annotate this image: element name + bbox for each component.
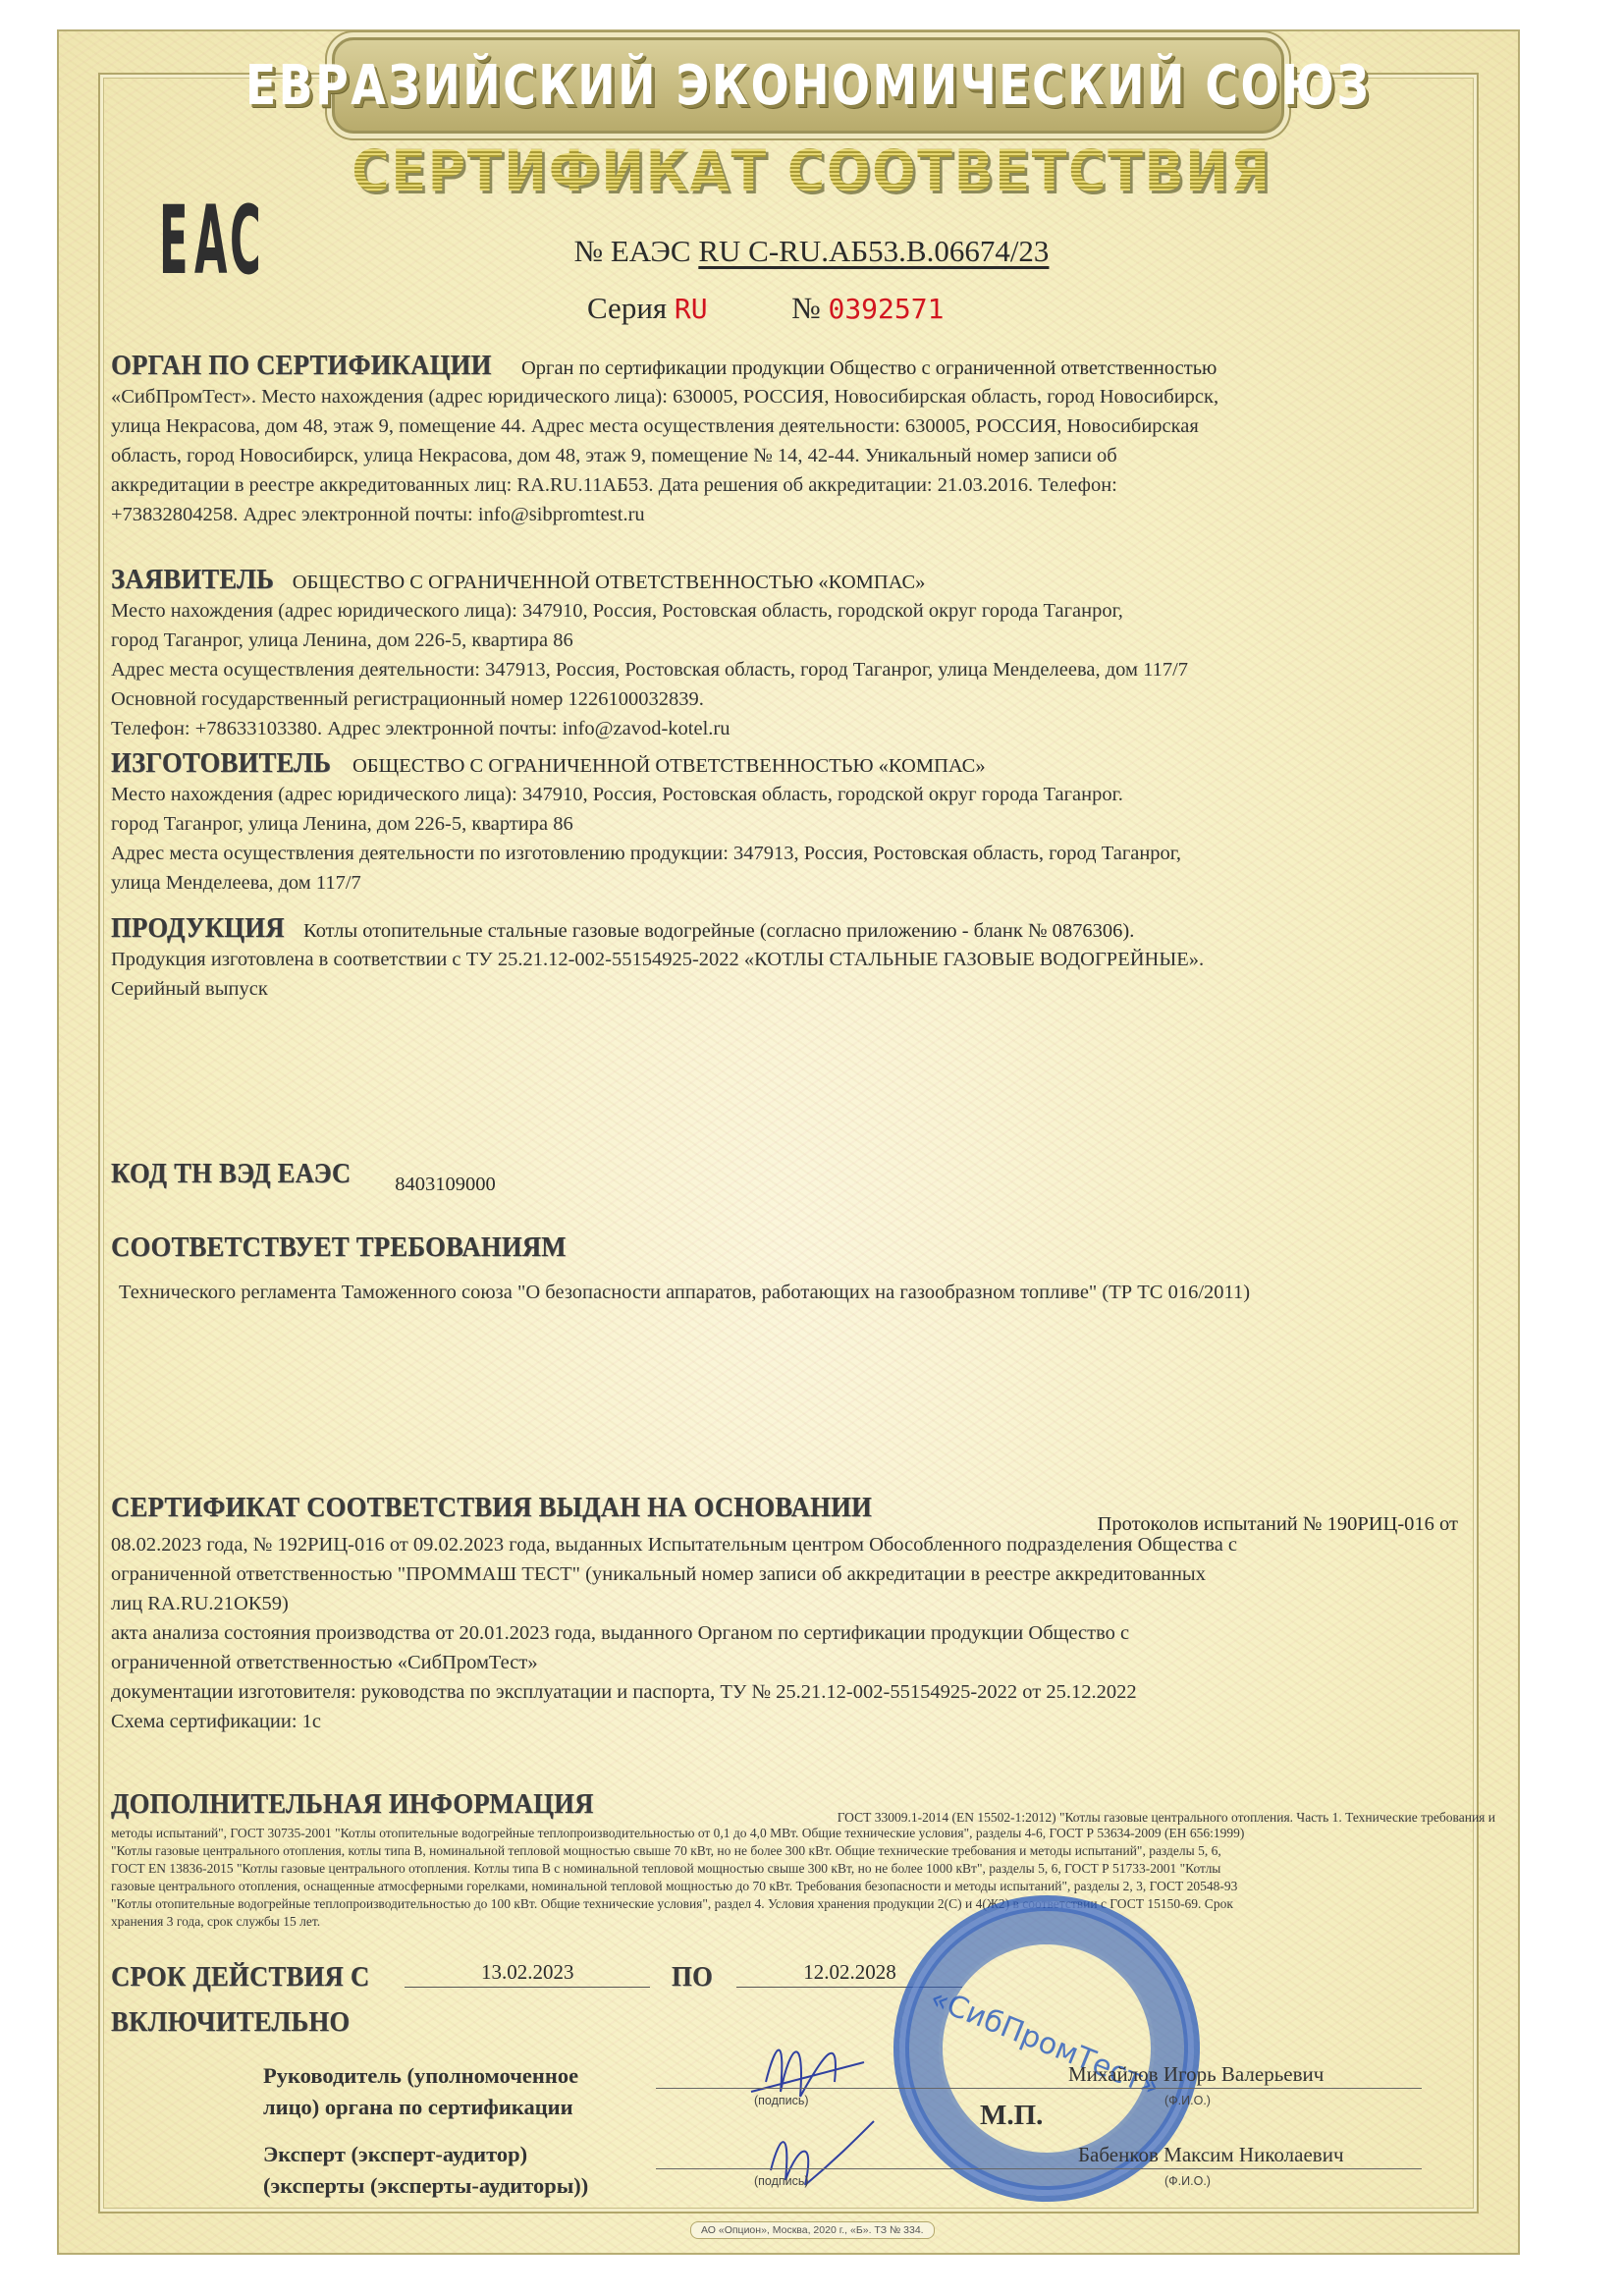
- blank-number-label: №: [791, 291, 821, 325]
- series-row: Серия RU № 0392571: [587, 291, 944, 326]
- section-heading: КОД ТН ВЭД ЕАЭС: [111, 1159, 351, 1190]
- text-line: улица Менделеева, дом 117/7: [111, 868, 1505, 898]
- expert-label-line2: (эксперты (эксперты-аудиторы)): [263, 2170, 588, 2202]
- text-line: Основной государственный регистрационный…: [111, 684, 1505, 714]
- section-body: 08.02.2023 года, № 192РИЦ-016 от 09.02.2…: [111, 1530, 1505, 1736]
- section-basis: СЕРТИФИКАТ СООТВЕТСТВИЯ ВЫДАН НА ОСНОВАН…: [111, 1493, 1505, 1736]
- validity-inclusive-label: ВКЛЮЧИТЕЛЬНО: [111, 2007, 350, 2039]
- section-first-line: Протоколов испытаний № 190РИЦ-016 от: [1098, 1513, 1458, 1536]
- head-label-line1: Руководитель (уполномоченное: [263, 2060, 578, 2092]
- section-tn-ved: КОД ТН ВЭД ЕАЭС 8403109000: [111, 1159, 1505, 1190]
- section-heading: СЕРТИФИКАТ СООТВЕТСТВИЯ ВЫДАН НА ОСНОВАН…: [111, 1493, 872, 1524]
- signature-caption: (подпись): [754, 2094, 809, 2107]
- seal-label: М.П.: [980, 2100, 1043, 2132]
- section-heading: ОРГАН ПО СЕРТИФИКАЦИИ: [111, 351, 492, 382]
- expert-name: Бабенков Максим Николаевич: [1078, 2143, 1344, 2167]
- section-body: «СибПромТест». Место нахождения (адрес ю…: [111, 382, 1505, 529]
- section-applicant: ЗАЯВИТЕЛЬОБЩЕСТВО С ОГРАНИЧЕННОЙ ОТВЕТСТ…: [111, 565, 1505, 743]
- section-body: Место нахождения (адрес юридического лиц…: [111, 780, 1505, 898]
- section-heading: ДОПОЛНИТЕЛЬНАЯ ИНФОРМАЦИЯ: [111, 1789, 594, 1821]
- text-line: "Котлы отопительные водогрейные теплопро…: [111, 1895, 1505, 1913]
- printer-note: АО «Опцион», Москва, 2020 г., «Б». ТЗ № …: [690, 2221, 935, 2239]
- section-heading: ИЗГОТОВИТЕЛЬ: [111, 748, 331, 780]
- union-banner: ЕВРАЗИЙСКИЙ ЭКОНОМИЧЕСКИЙ СОЮЗ: [332, 37, 1284, 134]
- section-body: Место нахождения (адрес юридического лиц…: [111, 596, 1505, 743]
- tn-ved-code: 8403109000: [395, 1174, 496, 1195]
- section-additional-info: ДОПОЛНИТЕЛЬНАЯ ИНФОРМАЦИЯГОСТ 33009.1-20…: [111, 1789, 1505, 1931]
- series-value: RU: [675, 293, 708, 325]
- validity-to-label: ПО: [672, 1962, 713, 1994]
- validity-period: СРОК ДЕЙСТВИЯ С 13.02.2023 ПО 12.02.2028…: [111, 1960, 1486, 2039]
- validity-date-to: 12.02.2028: [736, 1960, 962, 1988]
- section-heading: СООТВЕТСТВУЕТ ТРЕБОВАНИЯМ: [111, 1232, 567, 1264]
- certificate-number: № ЕАЭС RU C-RU.АБ53.В.06674/23: [0, 234, 1623, 269]
- section-first-line: Котлы отопительные стальные газовые водо…: [303, 920, 1134, 942]
- name-caption: (Ф.И.О.): [1164, 2174, 1211, 2188]
- text-line: Адрес места осуществления деятельности п…: [111, 839, 1505, 868]
- text-line: Схема сертификации: 1с: [111, 1707, 1505, 1736]
- requirements-text: Технического регламента Таможенного союз…: [119, 1278, 1505, 1307]
- expert-label: Эксперт (эксперт-аудитор) (эксперты (экс…: [263, 2139, 588, 2202]
- certificate-title: СЕРТИФИКАТ СООТВЕТСТВИЯ: [81, 137, 1542, 204]
- section-body: Продукция изготовлена в соответствии с Т…: [111, 945, 1505, 1004]
- section-first-line: ОБЩЕСТВО С ОГРАНИЧЕННОЙ ОТВЕТСТВЕННОСТЬЮ…: [293, 572, 926, 593]
- text-line: ГОСТ EN 13836-2015 "Котлы газовые центра…: [111, 1860, 1505, 1878]
- text-line: «СибПромТест». Место нахождения (адрес ю…: [111, 382, 1505, 411]
- text-line: Место нахождения (адрес юридического лиц…: [111, 780, 1505, 809]
- number-prefix: № ЕАЭС: [574, 234, 691, 268]
- text-line: +73832804258. Адрес электронной почты: i…: [111, 500, 1505, 529]
- section-manufacturer: ИЗГОТОВИТЕЛЬОБЩЕСТВО С ОГРАНИЧЕННОЙ ОТВЕ…: [111, 748, 1505, 898]
- head-name: Михайлов Игорь Валерьевич: [1068, 2062, 1324, 2087]
- text-line: хранения 3 года, срок службы 15 лет.: [111, 1913, 1505, 1931]
- text-line: Серийный выпуск: [111, 974, 1505, 1004]
- section-first-line: ГОСТ 33009.1-2014 (EN 15502-1:2012) "Кот…: [838, 1809, 1495, 1827]
- text-line: аккредитации в реестре аккредитованных л…: [111, 470, 1505, 500]
- number-value: RU C-RU.АБ53.В.06674/23: [698, 234, 1049, 268]
- head-label: Руководитель (уполномоченное лицо) орган…: [263, 2060, 578, 2123]
- text-line: улица Некрасова, дом 48, этаж 9, помещен…: [111, 411, 1505, 441]
- expert-signature-line: [656, 2168, 1422, 2169]
- section-first-line: ОБЩЕСТВО С ОГРАНИЧЕННОЙ ОТВЕТСТВЕННОСТЬЮ…: [352, 755, 986, 777]
- text-line: Место нахождения (адрес юридического лиц…: [111, 596, 1505, 626]
- validity-from-label: СРОК ДЕЙСТВИЯ С: [111, 1962, 369, 1994]
- expert-label-line1: Эксперт (эксперт-аудитор): [263, 2139, 588, 2170]
- section-heading: ЗАЯВИТЕЛЬ: [111, 565, 274, 596]
- text-line: газовые центрального отопления, оснащенн…: [111, 1878, 1505, 1895]
- section-body: методы испытаний", ГОСТ 30735-2001 "Котл…: [111, 1825, 1505, 1931]
- head-label-line2: лицо) органа по сертификации: [263, 2092, 578, 2123]
- text-line: ограниченной ответственностью «СибПромТе…: [111, 1648, 1505, 1677]
- text-line: ограниченной ответственностью "ПРОММАШ Т…: [111, 1559, 1505, 1589]
- text-line: Продукция изготовлена в соответствии с Т…: [111, 945, 1505, 974]
- section-certification-body: ОРГАН ПО СЕРТИФИКАЦИИОрган по сертификац…: [111, 351, 1505, 529]
- text-line: город Таганрог, улица Ленина, дом 226-5,…: [111, 626, 1505, 655]
- section-first-line: Орган по сертификации продукции Общество…: [521, 357, 1217, 379]
- section-requirements: СООТВЕТСТВУЕТ ТРЕБОВАНИЯМ Технического р…: [111, 1232, 1505, 1307]
- section-heading: ПРОДУКЦИЯ: [111, 913, 285, 945]
- text-line: Адрес места осуществления деятельности: …: [111, 655, 1505, 684]
- text-line: акта анализа состояния производства от 2…: [111, 1618, 1505, 1648]
- text-line: "Котлы газовые центрального отопления, к…: [111, 1842, 1505, 1860]
- head-signature-line: [656, 2088, 1422, 2089]
- signature-caption: (подпись): [754, 2174, 809, 2188]
- text-line: методы испытаний", ГОСТ 30735-2001 "Котл…: [111, 1825, 1505, 1842]
- validity-date-from: 13.02.2023: [405, 1960, 650, 1988]
- text-line: область, город Новосибирск, улица Некрас…: [111, 441, 1505, 470]
- text-line: документации изготовителя: руководства п…: [111, 1677, 1505, 1707]
- union-title: ЕВРАЗИЙСКИЙ ЭКОНОМИЧЕСКИЙ СОЮЗ: [245, 54, 1372, 118]
- series-label: Серия: [587, 291, 667, 325]
- section-product: ПРОДУКЦИЯКотлы отопительные стальные газ…: [111, 913, 1505, 1004]
- text-line: Телефон: +78633103380. Адрес электронной…: [111, 714, 1505, 743]
- name-caption: (Ф.И.О.): [1164, 2094, 1211, 2107]
- blank-number-value: 0392571: [828, 293, 944, 325]
- text-line: лиц RA.RU.21ОК59): [111, 1589, 1505, 1618]
- text-line: город Таганрог, улица Ленина, дом 226-5,…: [111, 809, 1505, 839]
